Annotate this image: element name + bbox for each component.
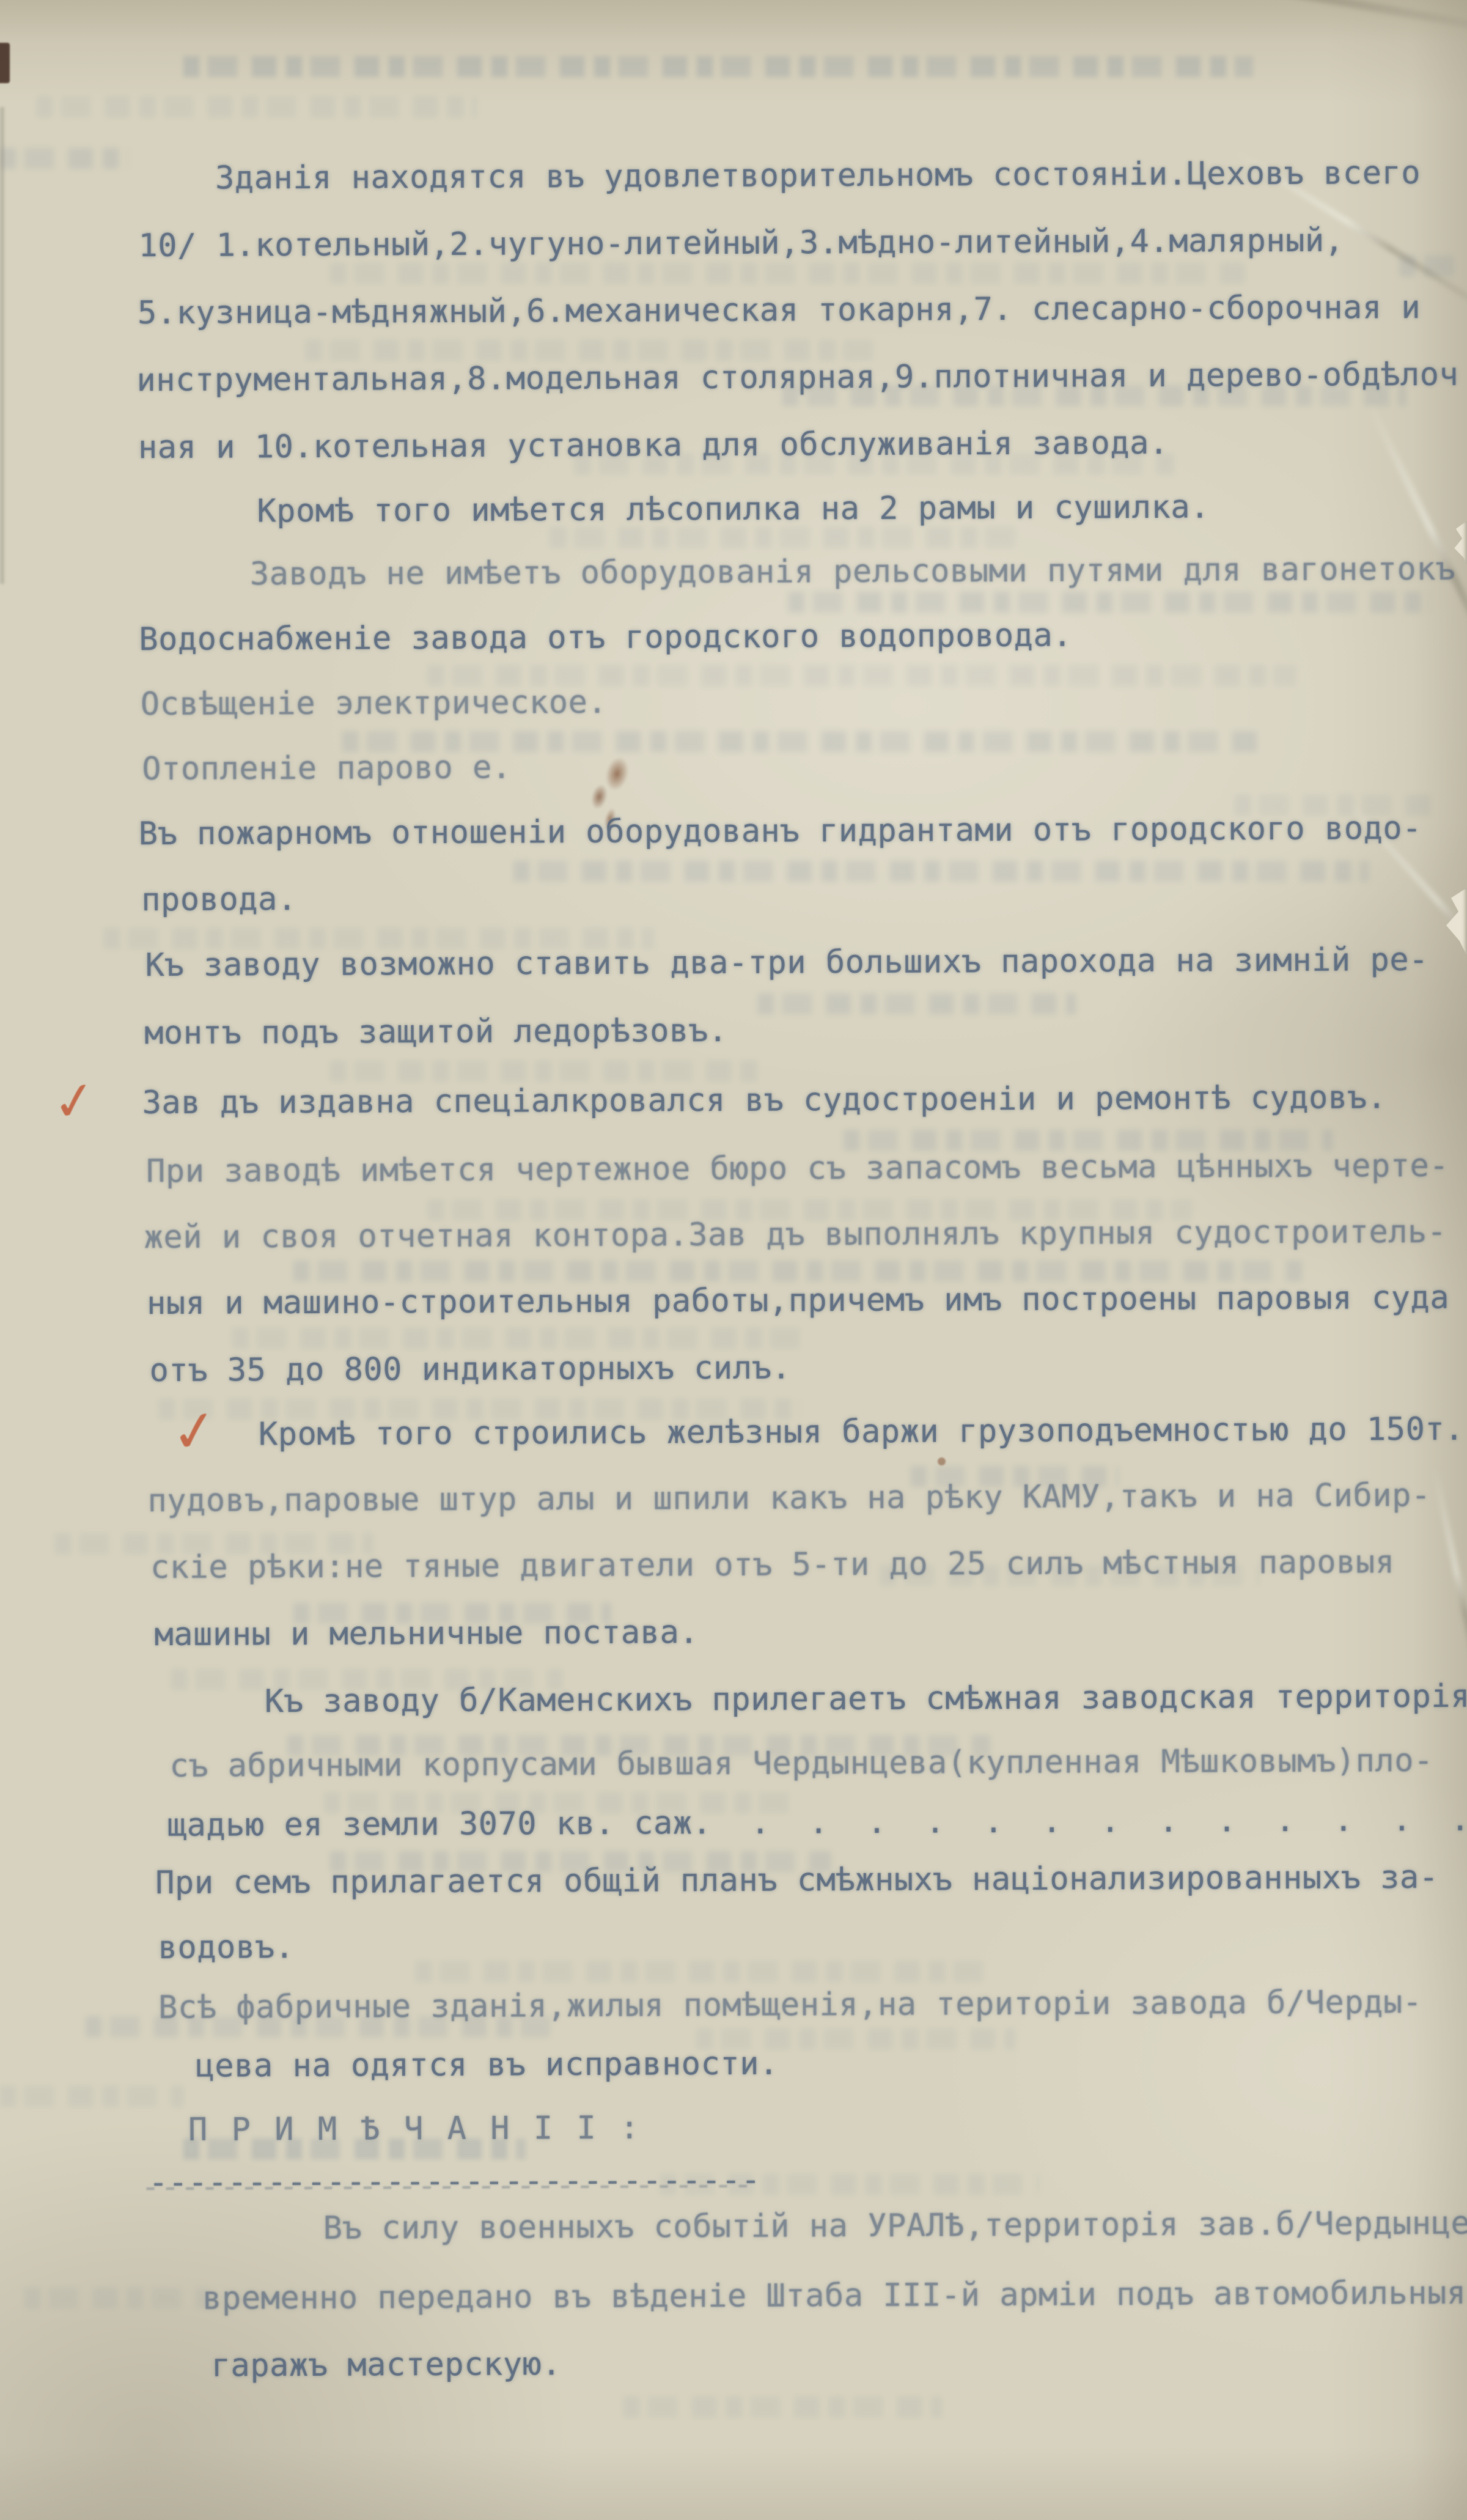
- text-line: Заводъ не имѣетъ оборудованія рельсовыми…: [250, 551, 1455, 593]
- text-line: отъ 35 до 800 индикаторныхъ силъ.: [149, 1350, 791, 1390]
- text-line: При семъ прилагается общій планъ смѣжных…: [155, 1859, 1438, 1901]
- text-line: скіе рѣки:не тяные двигатели отъ 5-ти до…: [150, 1544, 1395, 1586]
- text-line: машины и мельничные постава.: [154, 1614, 699, 1653]
- text-line: Въ пожарномъ отношеніи оборудованъ гидра…: [139, 810, 1422, 852]
- text-line: цева на одятся въ исправности.: [195, 2046, 778, 2085]
- text-line: Кромѣ того строились желѣзныя баржи груз…: [259, 1411, 1464, 1453]
- text-line: водовъ.: [158, 1929, 295, 1966]
- text-line: Освѣщеніе электрическое.: [141, 684, 608, 723]
- text-line: ныя и машино-строительныя работы,причемъ…: [147, 1280, 1449, 1322]
- text-line: съ абричными корпусами бывшая Чердынцева…: [169, 1742, 1433, 1785]
- text-line: При заводѣ имѣется чертежное бюро съ зап…: [146, 1148, 1449, 1190]
- text-line: 10/ 1.котельный,2.чугуно-литейный,3.мѣдн…: [138, 223, 1344, 265]
- text-line: временно передано въ вѣденіе Штаба ІІІ-й…: [202, 2275, 1466, 2317]
- dashed-underline: -------------------------------: [149, 2162, 761, 2201]
- text-line: Водоснабженіе завода отъ городского водо…: [139, 617, 1072, 658]
- text-line: щадью ея земли 3070 кв. саж. . . . . . .…: [167, 1802, 1467, 1844]
- text-line: Къ заводу возможно ставить два-три больш…: [145, 941, 1428, 984]
- text-line: монтъ подъ защитой ледорѣзовъ.: [144, 1012, 727, 1052]
- text-line: Отопленіе парово е.: [142, 750, 512, 788]
- text-line: пудовъ,паровые штур алы и шпили какъ на …: [147, 1477, 1430, 1519]
- text-line: Зав дъ издавна спеціалкровался въ судост…: [142, 1079, 1387, 1121]
- text-line: гаражъ мастерскую.: [211, 2346, 562, 2384]
- scanned-document-page: { "doc": { "kind": "typewritten archival…: [0, 0, 1467, 2520]
- text-line: ная и 10.котельная установка для обслужи…: [138, 425, 1169, 466]
- text-line: провода.: [141, 881, 297, 918]
- text-line: Кромѣ того имѣется лѣсопилка на 2 рамы и…: [257, 489, 1210, 530]
- text-line: Зданія находятся въ удовлетворительномъ …: [215, 155, 1421, 197]
- text-line: инструментальная,8.модельная столярная,9…: [136, 356, 1458, 399]
- text-line: 5.кузница-мѣдняжный,6.механическая токар…: [138, 289, 1421, 331]
- typewritten-text-layer: Зданія находятся въ удовлетворительномъ …: [0, 0, 1467, 2520]
- text-line: жей и своя отчетная контора.Зав дъ выпол…: [144, 1214, 1446, 1256]
- note-heading: П Р И М Ѣ Ч А Н І І :: [188, 2110, 642, 2148]
- text-line: Въ силу военныхъ событій на УРАЛѢ,террит…: [323, 2205, 1467, 2246]
- text-line: Къ заводу б/Каменскихъ прилегаетъ смѣжна…: [265, 1678, 1467, 1720]
- text-line: Всѣ фабричные зданія,жилыя помѣщенія,на …: [158, 1984, 1422, 2026]
